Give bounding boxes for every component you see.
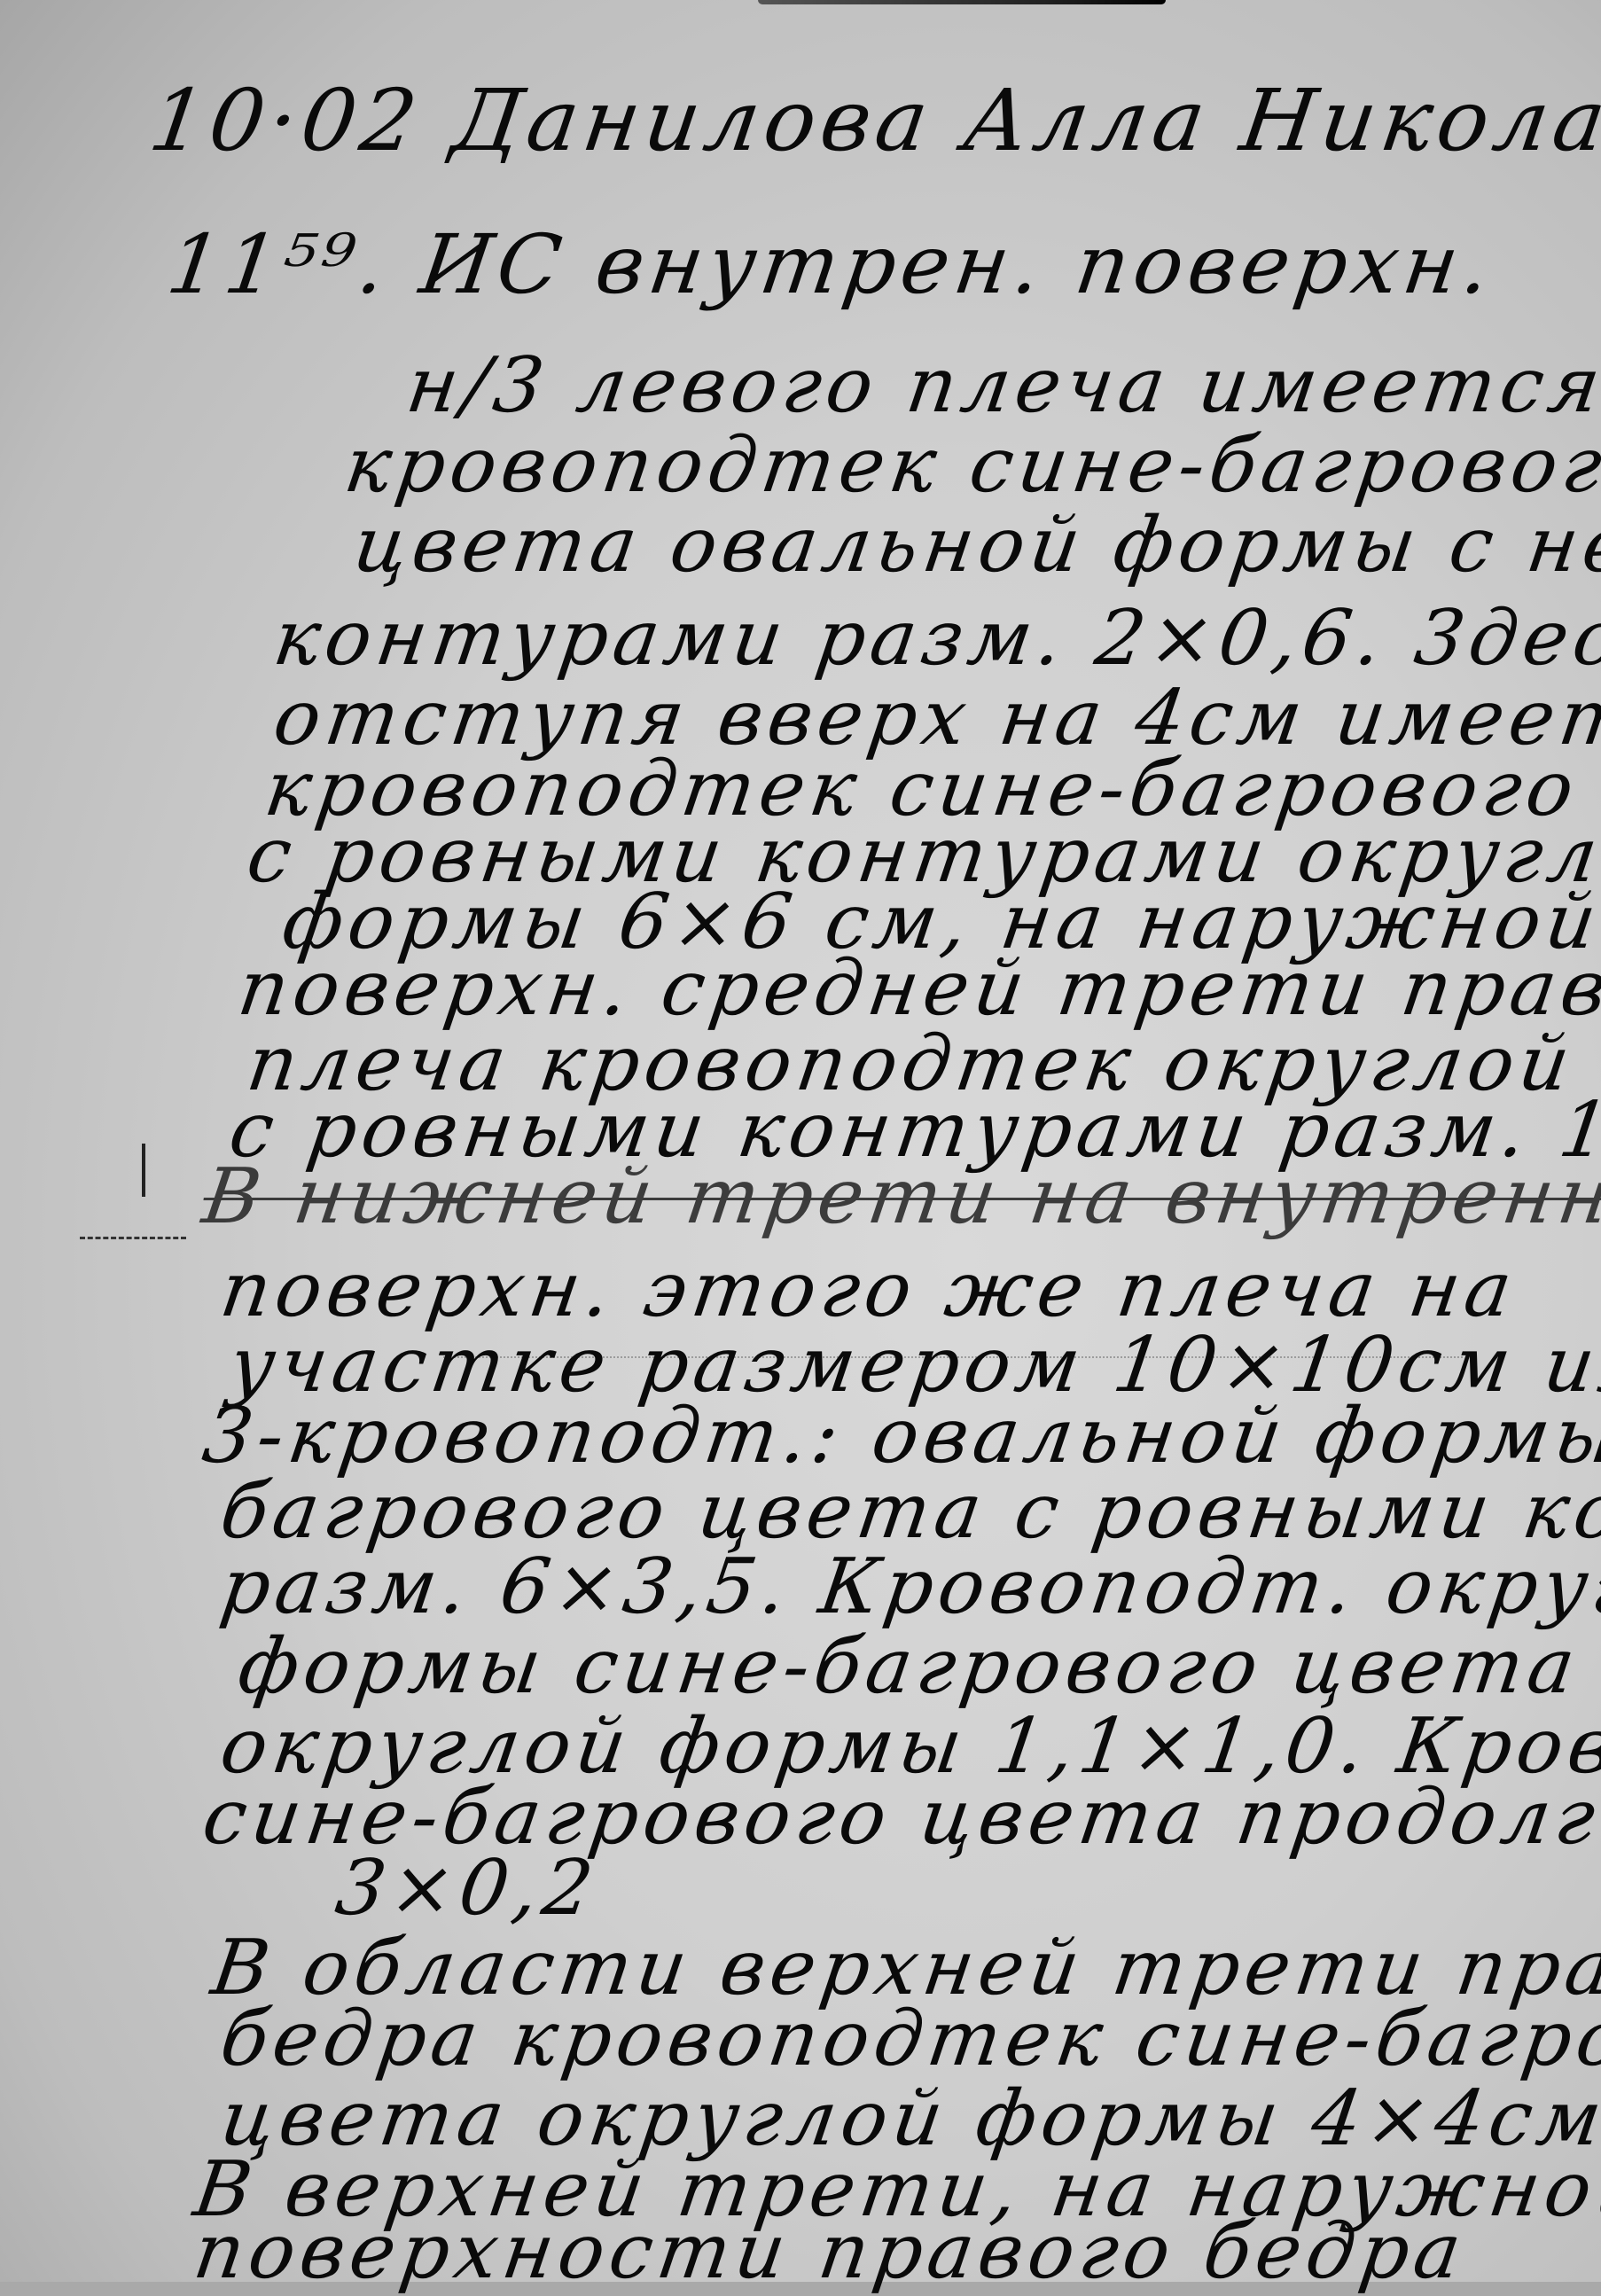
text-line: кровоподтек сине-багрового bbox=[340, 421, 1601, 510]
text-line: 11⁵⁹. ИС внутрен. поверхн. bbox=[161, 217, 1501, 312]
text-line: 3×0,2 bbox=[331, 1844, 604, 1933]
text-line: формы сине-багрового цвета bbox=[233, 1622, 1585, 1711]
text-line: разм. 6×3,5. Кровоподт. округл. bbox=[215, 1542, 1601, 1631]
paper-top-edge-shadow bbox=[758, 0, 1166, 4]
paper-sheet: 10·02 Данилова Алла Николаевна 11⁵⁹. ИС … bbox=[0, 0, 1601, 2282]
text-line: н/3 левого плеча имеется bbox=[402, 341, 1601, 430]
text-line: поверхности правого бедра bbox=[189, 2207, 1472, 2282]
struck-text-line: В нижней трети на внутренн. bbox=[198, 1152, 1601, 1241]
text-line: бедра кровоподтек сине-багрового bbox=[215, 1995, 1601, 2083]
text-line: цвета овальной формы с неровн. bbox=[348, 501, 1601, 590]
header-line: 10·02 Данилова Алла Николаевна bbox=[144, 71, 1601, 170]
margin-mark-dash bbox=[80, 1183, 186, 1239]
text-line: контурами разм. 2×0,6. 3десь-же bbox=[269, 594, 1601, 683]
